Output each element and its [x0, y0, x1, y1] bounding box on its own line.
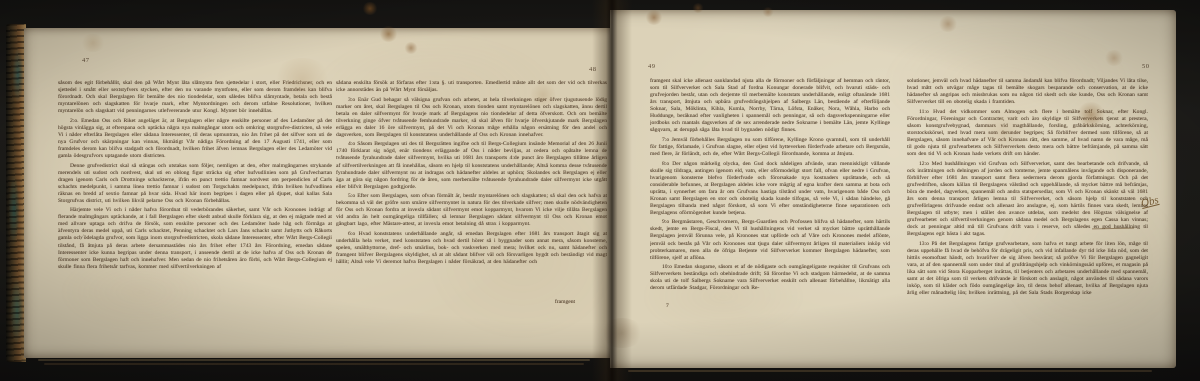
- page-edge-line: [38, 359, 590, 361]
- paragraph: sådana enskilta försök at förfaras efter…: [336, 80, 607, 94]
- stain: [362, 2, 378, 15]
- page-number-49: 49: [648, 63, 656, 70]
- paragraph: 2:o. Emedan Oss och Riket angeläget är, …: [58, 118, 332, 160]
- paragraph: 10:o Emedan skogarne, såsom et af de nöd…: [650, 264, 890, 292]
- page-number-47: 47: [82, 57, 90, 64]
- right-page: 49 50 framgent skal icke allenast oankla…: [610, 10, 1176, 368]
- page-edge-line: [44, 363, 584, 365]
- paragraph: solutioner, jemväl och hvad hädanefter t…: [907, 78, 1148, 106]
- paragraph: 11:o Hvad det vidkommer som Almogen och …: [907, 109, 1148, 158]
- paragraph: 8:o Der någon märkelig olycka, den Gud d…: [650, 161, 890, 217]
- text-column-48: sådana enskilta försök at förfaras efter…: [336, 80, 607, 312]
- paragraph: Denne grufvedistrict skal så stängas och…: [58, 163, 332, 205]
- paragraph: 5:o Efter som Bergslagen, som ofvan förm…: [336, 193, 607, 228]
- paragraph: 4:o Såsom Bergslagen uti des til Bergsrä…: [336, 141, 607, 190]
- catchword: framgent: [520, 299, 610, 305]
- signature-mark: 7: [666, 303, 669, 309]
- paragraph: 13:o På det Bergslagens fattige grufvear…: [907, 241, 1148, 297]
- paragraph: 7:o Jemväl förbehålles Bergslagen nu som…: [650, 137, 890, 158]
- book-left-cover-edge: [6, 24, 26, 362]
- text-column-50: solutioner, jemväl och hvad hädanefter t…: [907, 78, 1148, 310]
- left-page: 47 48 såsom des egit förbehållit, skal d…: [24, 28, 610, 358]
- paragraph: 12:o Med hushållningen vid Grufvan och S…: [907, 161, 1148, 239]
- page-number-48: 48: [589, 66, 597, 73]
- page-edge-line: [628, 370, 1152, 372]
- text-column-49: framgent skal icke allenast oanklandad n…: [650, 78, 890, 310]
- paragraph: 3:o Enär Gud behagar så välsigna grufvan…: [336, 97, 607, 139]
- paragraph: framgent skal icke allenast oanklandad n…: [650, 78, 890, 134]
- text-column-47: såsom des egit förbehållit, skal den på …: [58, 80, 332, 312]
- book-photo: 47 48 såsom des egit förbehållit, skal d…: [0, 0, 1200, 381]
- paragraph: 6:o Hvad konststatens underhållande angå…: [336, 231, 607, 266]
- page-number-50: 50: [1142, 63, 1150, 70]
- paragraph: 9:o Bergmästaren, Geschvornern, Bergs-Gu…: [650, 219, 890, 261]
- paragraph: Härjemte vele Vi och i nåder hafva föror…: [58, 207, 332, 270]
- paragraph: såsom des egit förbehållit, skal den på …: [58, 80, 332, 115]
